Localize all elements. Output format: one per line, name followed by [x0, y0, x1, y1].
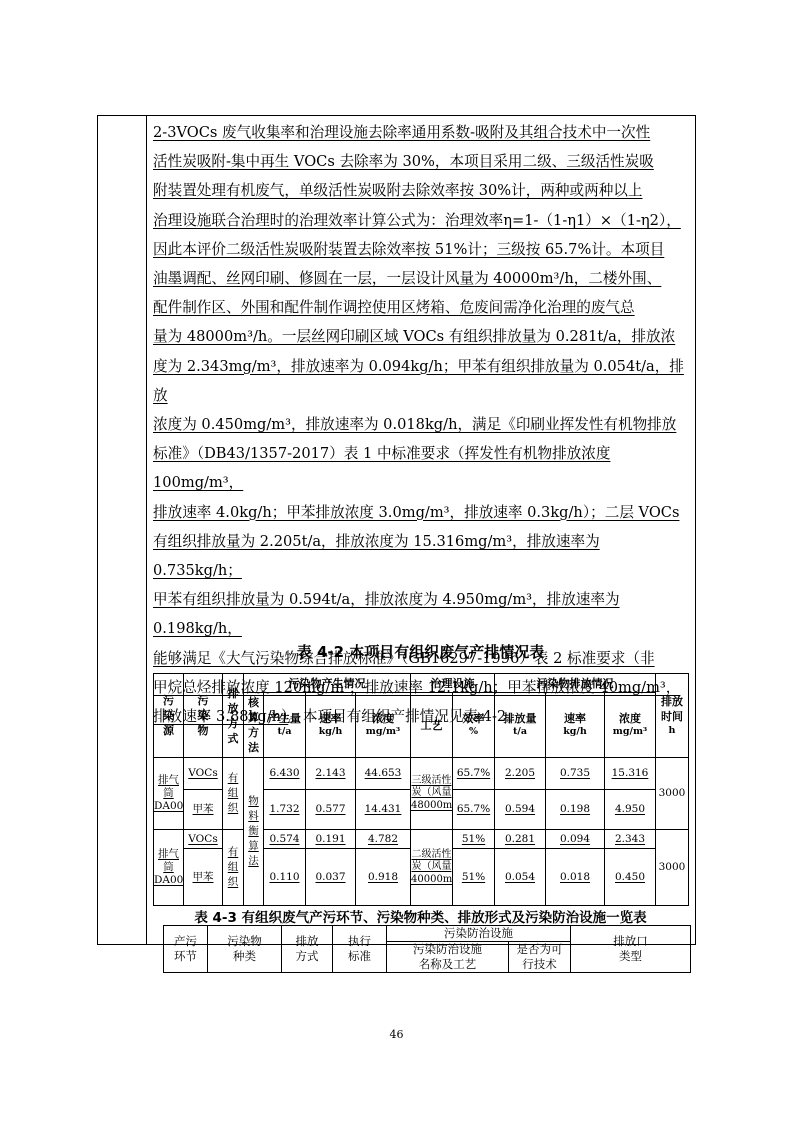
header-time: 排放时间h	[656, 674, 689, 758]
header-gen-rate: 速率kg/h	[306, 693, 356, 758]
table-row: 排气筒 DA002 VOCs 有组织 0.574 0.191 4.782 二级活…	[154, 830, 689, 849]
cell-gen-rate: 0.577	[306, 790, 356, 830]
cell-efficiency: 65.7%	[453, 790, 495, 830]
cell-em-rate: 0.094	[546, 830, 605, 849]
header-gen-conc: 浓度mg/m³	[356, 693, 411, 758]
table-4-3: 产污环节 污染物种类 排放方式 执行标准 污染防治设施 排放口类型 污染防治设施…	[163, 925, 691, 973]
cell-em-rate: 0.198	[546, 790, 605, 830]
cell-time: 3000	[656, 758, 689, 830]
header-efficiency: 效率%	[453, 693, 495, 758]
cell-efficiency: 51%	[453, 830, 495, 849]
header-outlet-type: 排放口类型	[571, 926, 691, 973]
cell-em-conc: 2.343	[605, 830, 656, 849]
paragraph-line: 度为 2.343mg/m³，排放速率为 0.094kg/h；甲苯有组织排放量为 …	[153, 358, 684, 404]
cell-em-amount: 2.205	[495, 758, 546, 790]
header-em-rate: 速率kg/h	[546, 693, 605, 758]
cell-em-amount: 0.594	[495, 790, 546, 830]
cell-gen-conc: 14.431	[356, 790, 411, 830]
cell-gen-amount: 0.574	[264, 830, 306, 849]
paragraph-line: 附装置处理有机废气，单级活性炭吸附去除效率按 30%计，两种或两种以上	[153, 182, 643, 199]
header-pollutant: 污染物	[184, 674, 223, 758]
body-paragraph: 2-3VOCs 废气收集率和治理设施去除率通用系数-吸附及其组合技术中一次性 活…	[153, 118, 691, 731]
paragraph-line: 油墨调配、丝网印刷、修圆在一层，一层设计风量为 40000m³/h，二楼外围、	[153, 270, 661, 287]
header-discharge-mode: 排放方式	[282, 926, 333, 973]
cell-gen-conc: 0.918	[356, 849, 411, 906]
cell-efficiency: 51%	[453, 849, 495, 906]
header-gen-amount: 产生量t/a	[264, 693, 306, 758]
cell-pollutant: VOCs	[184, 758, 223, 790]
header-source: 污染源	[154, 674, 184, 758]
paragraph-line: 甲苯有组织排放量为 0.594t/a，排放浓度为 4.950mg/m³，排放速率…	[153, 591, 620, 637]
table-4-2-caption: 表 4-2 本项目有组织废气产排情况表	[153, 641, 688, 662]
cell-pollutant: 甲苯	[184, 790, 223, 830]
header-process: 工艺	[411, 693, 453, 758]
header-pollutant-type: 污染物种类	[208, 926, 282, 973]
cell-gen-conc: 4.782	[356, 830, 411, 849]
cell-mode: 有组织	[223, 758, 244, 830]
header-stage: 产污环节	[164, 926, 208, 973]
cell-gen-amount: 0.110	[264, 849, 306, 906]
page-number: 46	[0, 1028, 793, 1041]
cell-em-amount: 0.281	[495, 830, 546, 849]
cell-em-rate: 0.735	[546, 758, 605, 790]
frame-column-divider	[146, 115, 147, 945]
cell-em-conc: 4.950	[605, 790, 656, 830]
cell-process: 二级活性炭（风量40000m³/h	[411, 830, 453, 906]
header-discharge-mode: 排放方式	[223, 674, 244, 758]
cell-gen-conc: 44.653	[356, 758, 411, 790]
cell-em-conc: 0.450	[605, 849, 656, 906]
paragraph-line: 有组织排放量为 2.205t/a，排放浓度为 15.316mg/m³，排放速率为…	[153, 533, 600, 579]
table-row: 排气筒 DA001 VOCs 有组织 物料衡算法 6.430 2.143 44.…	[154, 758, 689, 790]
header-standard: 执行标准	[333, 926, 387, 973]
cell-pollutant: VOCs	[184, 830, 223, 849]
header-em-conc: 浓度mg/m³	[605, 693, 656, 758]
table-4-2: 污染源 污染物 排放方式 污染物产生情况 治理设施 污染物排放情况 排放时间h …	[153, 673, 689, 906]
header-prevention-group: 污染防治设施	[387, 926, 571, 942]
paragraph-line: 浓度为 0.450mg/m³，排放速率为 0.018kg/h，满足《印刷业挥发性…	[153, 416, 676, 433]
cell-gen-amount: 6.430	[264, 758, 306, 790]
paragraph-line: 标准》（DB43/1357-2017）表 1 中标准要求（挥发性有机物排放浓度 …	[153, 445, 610, 491]
cell-calc-method: 物料衡算法	[244, 758, 264, 906]
cell-process: 三级活性炭（风量48000m³/h）	[411, 758, 453, 830]
header-em-amount: 排放量t/a	[495, 693, 546, 758]
cell-gen-rate: 0.037	[306, 849, 356, 906]
table-4-3-caption: 表 4-3 有组织废气产污环节、污染物种类、排放形式及污染防治设施一览表	[153, 906, 688, 926]
cell-gen-rate: 2.143	[306, 758, 356, 790]
paragraph-line: 因此本评价二级活性炭吸附装置去除效率按 51%计；三级按 65.7%计。本项目	[153, 241, 664, 258]
cell-time: 3000	[656, 830, 689, 906]
cell-source: 排气筒 DA001	[154, 758, 184, 830]
cell-gen-amount: 1.732	[264, 790, 306, 830]
cell-pollutant: 甲苯	[184, 849, 223, 906]
paragraph-line: 治理设施联合治理时的治理效率计算公式为：治理效率η=1-（1-η1）×（1-η2…	[153, 212, 681, 229]
paragraph-line: 量为 48000m³/h。一层丝网印刷区域 VOCs 有组织排放量为 0.281…	[153, 328, 675, 345]
header-treatment-group: 治理设施	[411, 674, 495, 693]
paragraph-line: 2-3VOCs 废气收集率和治理设施去除率通用系数-吸附及其组合技术中一次性	[153, 124, 650, 141]
cell-gen-rate: 0.191	[306, 830, 356, 849]
header-feasible: 是否为可行技术	[509, 942, 571, 973]
cell-em-conc: 15.316	[605, 758, 656, 790]
paragraph-line: 排放速率 4.0kg/h；甲苯排放浓度 3.0mg/m³，排放速率 0.3kg/…	[153, 504, 679, 521]
cell-em-amount: 0.054	[495, 849, 546, 906]
header-calc-method: 核算方法	[244, 693, 264, 758]
paragraph-line: 活性炭吸附-集中再生 VOCs 去除率为 30%，本项目采用二级、三级活性炭吸	[153, 153, 654, 170]
cell-em-rate: 0.018	[546, 849, 605, 906]
cell-source: 排气筒 DA002	[154, 830, 184, 906]
header-facility-name: 污染防治设施名称及工艺	[387, 942, 509, 973]
header-emission-group: 污染物排放情况	[495, 674, 656, 693]
header-generation-group: 污染物产生情况	[244, 674, 411, 693]
cell-mode: 有组织	[223, 830, 244, 906]
cell-efficiency: 65.7%	[453, 758, 495, 790]
paragraph-line: 配件制作区、外围和配件制作调控使用区烤箱、危废间需净化治理的废气总	[153, 299, 635, 316]
